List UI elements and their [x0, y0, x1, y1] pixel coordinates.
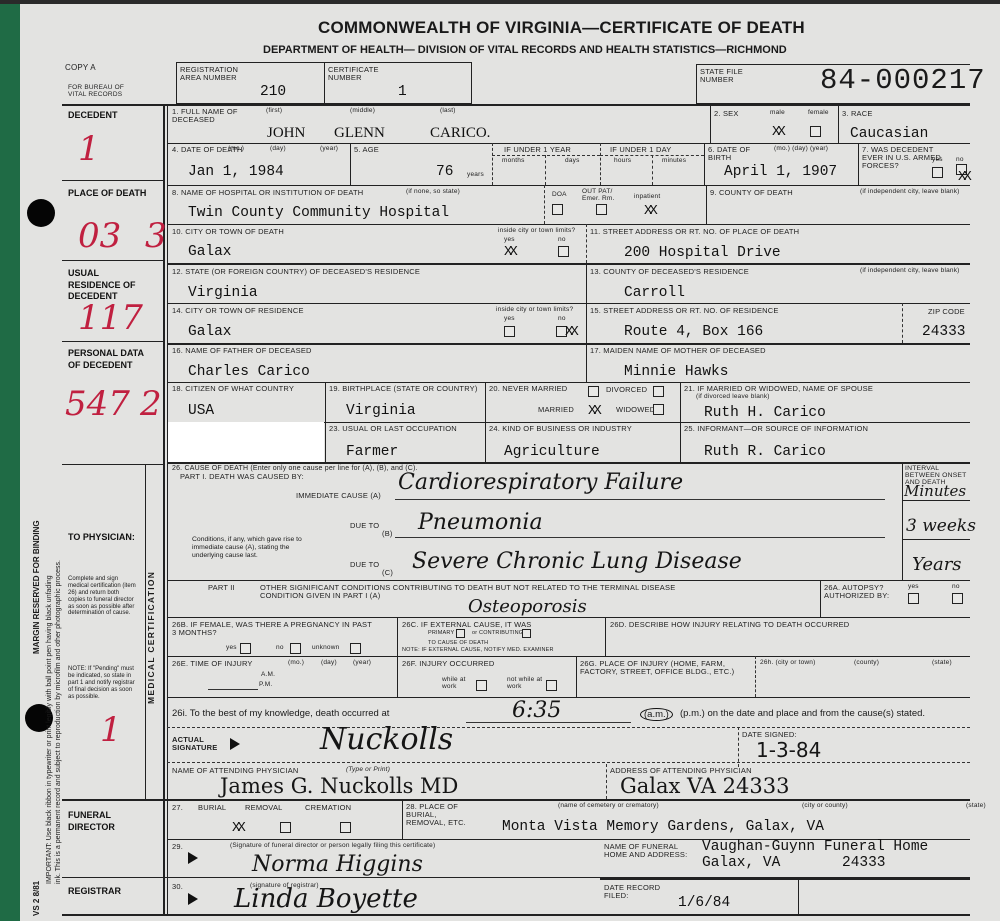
arrow-right-icon — [230, 738, 240, 750]
section-place-of-death: PLACE OF DEATH — [68, 188, 148, 200]
f26e-mo: (mo.) — [288, 660, 304, 667]
removal-label: REMOVAL — [245, 804, 283, 812]
f4-year: (year) — [320, 146, 338, 153]
rule — [62, 914, 970, 916]
b-marker: (B) — [382, 530, 393, 538]
date-of-birth: April 1, 1907 — [724, 164, 837, 180]
rule — [62, 104, 970, 106]
outpat-checkbox[interactable] — [596, 204, 607, 215]
state-file-label: STATE FILE NUMBER — [700, 68, 750, 84]
funeral-home-zip: 24333 — [842, 855, 886, 871]
f1-first-label: (first) — [266, 108, 282, 115]
margin-important-line2: ink. This is a permanent record and subj… — [54, 560, 64, 884]
rule — [167, 382, 970, 383]
attending-physician-name: James G. Nuckolls MD — [220, 774, 458, 798]
date-filed: 1/6/84 — [678, 895, 730, 911]
burial-place: Monta Vista Memory Gardens, Galax, VA — [502, 819, 824, 835]
f8-note: (if none, so state) — [406, 189, 460, 196]
place-of-death-street: 200 Hospital Drive — [624, 245, 781, 261]
date-filed-label: DATE RECORD FILED: — [604, 884, 664, 900]
residence-state: Virginia — [188, 285, 258, 301]
rule — [600, 878, 970, 880]
f25-label: 25. INFORMANT—OR SOURCE OF INFORMATION — [684, 425, 868, 433]
rule — [492, 155, 600, 156]
f7-no-label: no — [956, 157, 964, 164]
while-at-work-checkbox[interactable] — [476, 680, 487, 691]
race-value: Caucasian — [850, 126, 928, 142]
f26c-note: NOTE: IF EXTERNAL CAUSE, NOTIFY MED. EXA… — [402, 648, 554, 654]
rule — [62, 260, 163, 261]
rule — [402, 799, 403, 839]
f26b-label: 26b. IF FEMALE, WAS THERE A PREGNANCY IN… — [172, 621, 372, 637]
rule — [586, 343, 587, 382]
rule — [902, 500, 970, 501]
autopsy-no-label: no — [952, 584, 960, 591]
mother-maiden-name: Minnie Hawks — [624, 364, 728, 380]
f26e-label: 26e. TIME OF INJURY — [172, 660, 253, 668]
autopsy-yes-label: yes — [908, 584, 919, 591]
divorced-label: DIVORCED — [606, 386, 647, 394]
f26e-day: (day) — [321, 660, 337, 667]
page-title: COMMONWEALTH OF VIRGINIA—CERTIFICATE OF … — [318, 18, 805, 38]
coding-mark-residence: 117 — [78, 298, 143, 338]
rule — [167, 697, 970, 698]
date-of-death: Jan 1, 1984 — [188, 164, 284, 180]
under-year-label: IF UNDER 1 YEAR — [504, 146, 571, 154]
f26h-state: (state) — [932, 660, 952, 667]
f2-label: 2. SEX — [714, 110, 739, 118]
contributing-label: or CONTRIBUTING — [472, 631, 523, 637]
rule — [902, 462, 903, 580]
certificate-number-label: CERTIFICATE NUMBER — [328, 66, 388, 82]
f2-male-label: male — [770, 110, 785, 117]
rule — [798, 878, 799, 914]
am-circled: (a.m.) — [640, 708, 673, 721]
interval-a: Minutes — [904, 482, 966, 500]
due-to-b-label: DUE TO — [350, 522, 379, 530]
f30-label: 30. — [172, 883, 183, 891]
months-label: months — [502, 158, 525, 165]
cause-c: Severe Chronic Lung Disease — [412, 549, 742, 574]
part2-label: PART II — [208, 584, 235, 592]
rule — [167, 303, 970, 304]
f10-label: 10. CITY OR TOWN OF DEATH — [172, 228, 284, 236]
section-to-physician: TO PHYSICIAN: — [68, 532, 135, 544]
rule — [492, 143, 493, 185]
doa-checkbox[interactable] — [552, 204, 563, 215]
occupation: Farmer — [346, 444, 398, 460]
f10-yes-label: yes — [504, 237, 515, 244]
coding-mark-medical: 1 — [100, 710, 122, 750]
f11-label: 11. STREET ADDRESS OR RT. NO. OF PLACE O… — [590, 228, 799, 236]
spouse-name: Ruth H. Carico — [704, 405, 826, 421]
autopsy-yes-checkbox[interactable] — [908, 593, 919, 604]
inpatient-label: inpatient — [634, 194, 660, 201]
autopsy-no-checkbox[interactable] — [952, 593, 963, 604]
burial-checkbox[interactable]: XX — [232, 820, 243, 836]
divorced-checkbox[interactable] — [653, 386, 664, 397]
section-medical-certification: MEDICAL CERTIFICATION — [146, 571, 156, 704]
f14-yes-label: yes — [504, 316, 515, 323]
rule — [167, 104, 168, 914]
rule — [605, 617, 606, 657]
f1-middle-label: (middle) — [350, 108, 375, 115]
father-name: Charles Carico — [188, 364, 310, 380]
due-to-c-label: DUE TO — [350, 561, 379, 569]
f16-label: 16. NAME OF FATHER OF DECEASED — [172, 347, 312, 355]
to-cause-label: TO CAUSE OF DEATH — [428, 641, 488, 647]
primary-label: PRIMARY — [428, 631, 454, 637]
f20-label: 20. NEVER MARRIED — [489, 385, 567, 393]
f6-label: 6. DATE OF BIRTH — [708, 146, 756, 162]
rule — [167, 143, 970, 144]
residence-city: Galax — [188, 324, 232, 340]
rule — [902, 303, 903, 343]
age-value: 76 — [436, 164, 453, 180]
funeral-home-label: NAME OF FUNERAL HOME AND ADDRESS: — [604, 843, 689, 859]
rule — [62, 180, 163, 181]
f26f-label: 26f. INJURY OCCURRED — [402, 660, 495, 668]
city-county-label: (city or county) — [802, 803, 848, 810]
residence-street: Route 4, Box 166 — [624, 324, 763, 340]
decedent-middle-name: GLENN — [334, 125, 385, 142]
sex-male-checkbox[interactable]: XX — [772, 124, 783, 140]
f26c-label: 26c. IF EXTERNAL CAUSE, IT WAS — [402, 621, 532, 629]
married-label: MARRIED — [538, 406, 574, 414]
interval-b: 3 weeks — [906, 516, 976, 536]
coding-mark-decedent: 1 — [78, 129, 100, 169]
f1-last-label: (last) — [440, 108, 456, 115]
f26-part1: PART I. DEATH WAS CAUSED BY: — [180, 473, 304, 481]
informant: Ruth R. Carico — [704, 444, 826, 460]
state-file-number: 84-000217 — [820, 64, 986, 97]
f26e-year: (year) — [353, 660, 371, 667]
immediate-cause: Cardiorespiratory Failure — [398, 470, 683, 495]
immediate-cause-label: IMMEDIATE CAUSE (A) — [296, 492, 381, 500]
f13-label: 13. COUNTY OF DECEASED'S RESIDENCE — [590, 268, 749, 276]
arrow-right-icon — [188, 893, 198, 905]
coding-mark-personal-b: 2 — [140, 384, 162, 424]
f15-label: 15. STREET ADDRESS OR RT. NO. OF RESIDEN… — [590, 307, 779, 315]
armed-forces-no-mark: XX — [958, 169, 969, 185]
section-funeral-director: FUNERAL DIRECTOR — [68, 810, 148, 833]
registrar-signature: Linda Boyette — [234, 884, 418, 914]
inpatient-checkbox[interactable]: XX — [644, 203, 655, 219]
rule — [350, 143, 351, 185]
rule — [586, 224, 587, 263]
redacted-field — [168, 422, 324, 462]
copy-for: FOR BUREAU OF VITAL RECORDS — [68, 85, 138, 99]
removal-checkbox[interactable] — [280, 822, 291, 833]
cemetery-label: (name of cemetery or crematory) — [558, 803, 659, 810]
physician-address: Galax VA 24333 — [620, 774, 789, 798]
rule — [600, 143, 601, 185]
business-industry: Agriculture — [504, 444, 600, 460]
birthplace: Virginia — [346, 403, 416, 419]
f26d-label: 26d. DESCRIBE HOW INJURY RELATING TO DEA… — [610, 621, 849, 629]
date-signed: 1-3-84 — [756, 738, 821, 762]
rule — [167, 343, 970, 345]
physician-note-2: NOTE: If "Pending" must be indicated, so… — [68, 666, 138, 700]
armed-forces-yes-checkbox[interactable] — [932, 167, 943, 178]
f7-yes-label: yes — [932, 157, 943, 164]
f4-mo: (mo.) — [228, 146, 244, 153]
f27-label: 27. — [172, 804, 183, 812]
attending-physician-note: (Type or Print) — [346, 767, 390, 774]
f26b-unknown-label: unknown — [312, 645, 339, 652]
section-personal-data: PERSONAL DATA OF DECEDENT — [68, 348, 148, 371]
minutes-label: minutes — [662, 158, 686, 165]
f1-label: 1. FULL NAME OF DECEASED — [172, 108, 252, 124]
rule — [395, 537, 885, 538]
citizenship: USA — [188, 403, 214, 419]
zip-label: ZIP CODE — [928, 308, 965, 316]
f28-label: 28. PLACE OF BURIAL, REMOVAL, ETC. — [406, 803, 476, 827]
am-label: A.M. — [261, 672, 275, 679]
primary-checkbox[interactable] — [456, 629, 465, 638]
rule — [167, 185, 970, 186]
f19-label: 19. BIRTHPLACE (state or country) — [329, 385, 478, 393]
coding-mark-personal-a: 547 — [65, 384, 130, 424]
death-inside-limits-yes-checkbox[interactable]: XX — [504, 244, 515, 260]
outpat-label: OUT PAT/ Emer. Rm. — [582, 189, 618, 203]
age-unit: years — [467, 172, 484, 179]
rule — [652, 155, 653, 185]
pregnancy-yes-checkbox[interactable] — [240, 643, 251, 654]
pm-label: P.M. — [259, 682, 272, 689]
not-while-at-work-label: not while at work — [507, 677, 547, 691]
physician-note-1: Complete and sign medical certification … — [68, 576, 138, 617]
divider — [324, 62, 325, 104]
f26h-label: 26h. (city or town) — [760, 660, 815, 667]
city-of-death: Galax — [188, 244, 232, 260]
f26b-no-label: no — [276, 645, 284, 652]
cause-b: Pneumonia — [418, 510, 543, 535]
rule — [576, 656, 577, 697]
rule — [710, 104, 711, 143]
under-day-label: IF UNDER 1 DAY — [610, 146, 671, 154]
funeral-home-city: Galax, VA — [702, 855, 780, 871]
f5-label: 5. AGE — [354, 146, 379, 154]
cremation-label: CREMATION — [305, 804, 351, 812]
f6-sub: (mo.) (day) (year) — [774, 146, 828, 153]
days-label: days — [565, 158, 580, 165]
rule — [545, 155, 546, 185]
f26h-county: (county) — [854, 660, 879, 667]
f21-label: 21. IF MARRIED OR WIDOWED, NAME OF SPOUS… — [684, 385, 873, 393]
rule — [704, 143, 705, 185]
rule — [62, 341, 163, 342]
never-married-checkbox[interactable] — [588, 386, 599, 397]
residence-county: Carroll — [624, 285, 685, 301]
f14-no-label: no — [558, 316, 566, 323]
conditions-note: Conditions, if any, which gave rise to i… — [192, 536, 322, 560]
f4-day: (day) — [270, 146, 286, 153]
c-marker: (C) — [382, 569, 393, 577]
f9-note: (if independent city, leave blank) — [860, 189, 960, 196]
residence-inside-limits-yes-checkbox[interactable] — [504, 326, 515, 337]
rule — [167, 263, 970, 265]
f18-label: 18. CITIZEN OF WHAT COUNTRY — [172, 385, 294, 393]
rule — [167, 580, 970, 581]
f26g-label: 26g. PLACE OF INJURY (home, farm, factor… — [580, 660, 750, 676]
pregnancy-unknown-checkbox[interactable] — [350, 643, 361, 654]
widowed-checkbox[interactable] — [653, 404, 664, 415]
f12-label: 12. STATE (OR FOREIGN COUNTRY) OF DECEAS… — [172, 268, 420, 276]
sex-female-checkbox[interactable] — [810, 126, 821, 137]
margin-binding-text: MARGIN RESERVED FOR BINDING — [32, 520, 41, 654]
married-checkbox[interactable]: XX — [588, 403, 599, 419]
interval-c: Years — [912, 554, 962, 575]
f21-note: (if divorced leave blank) — [696, 394, 770, 401]
rule — [902, 539, 970, 540]
rule — [167, 617, 970, 618]
signature-label: ACTUAL SIGNATURE — [172, 736, 222, 752]
rule — [167, 224, 970, 225]
death-inside-limits-no-checkbox[interactable] — [558, 246, 569, 257]
physician-signature: Nuckolls — [320, 722, 453, 757]
rule — [755, 656, 756, 697]
rule — [167, 762, 970, 763]
rule — [738, 727, 739, 767]
f14-label: 14. CITY OR TOWN OF RESIDENCE — [172, 307, 304, 315]
pregnancy-no-checkbox[interactable] — [290, 643, 301, 654]
f29-label: 29. — [172, 843, 183, 851]
hours-label: hours — [614, 158, 631, 165]
registration-area-label: REGISTRATION AREA NUMBER — [180, 66, 250, 82]
coding-mark-place-a: 03 — [78, 216, 121, 256]
rule — [208, 689, 258, 690]
rule — [820, 580, 821, 617]
f13-note: (if independent city, leave blank) — [860, 268, 960, 275]
f3-label: 3. RACE — [842, 110, 873, 118]
section-registrar: REGISTRAR — [68, 886, 121, 898]
rule — [62, 464, 163, 465]
f29-note: (Signature of funeral director or person… — [230, 843, 435, 850]
rule — [167, 656, 970, 657]
not-while-at-work-checkbox[interactable] — [546, 680, 557, 691]
rule — [606, 764, 607, 799]
burial-state-label: (state) — [966, 803, 986, 810]
f9-label: 9. COUNTY OF DEATH — [710, 189, 793, 197]
copy-label: COPY A — [65, 64, 96, 72]
section-decedent: DECEDENT — [68, 110, 118, 122]
f10-limits-label: inside city or town limits? — [498, 228, 575, 235]
death-certificate-form: MARGIN RESERVED FOR BINDING IMPORTANT: U… — [20, 4, 1000, 921]
widowed-label: WIDOWED — [616, 406, 655, 414]
f2-female-label: female — [808, 110, 829, 117]
funeral-director-signature: Norma Higgins — [252, 852, 423, 877]
f24-label: 24. KIND OF BUSINESS OR INDUSTRY — [489, 425, 632, 433]
pm-text: (p.m.) on the date and place and from th… — [680, 708, 925, 719]
rule — [395, 499, 885, 500]
hospital-name: Twin County Community Hospital — [188, 205, 449, 221]
f26i-label: 26i. To the best of my knowledge, death … — [172, 708, 389, 719]
rule — [167, 727, 970, 728]
autopsy-label: 26a. AUTOPSY? AUTHORIZED BY: — [824, 584, 894, 600]
f10-no-label: no — [558, 237, 566, 244]
burial-label: BURIAL — [198, 804, 226, 812]
certificate-number: 1 — [398, 84, 407, 100]
rule — [62, 799, 970, 801]
binding-hole — [27, 199, 55, 227]
doa-label: DOA — [552, 192, 567, 199]
contributing-checkbox[interactable] — [522, 629, 531, 638]
f8-label: 8. NAME OF HOSPITAL OR INSTITUTION OF DE… — [172, 189, 363, 197]
page-subtitle: DEPARTMENT OF HEALTH— DIVISION OF VITAL … — [263, 44, 787, 56]
rule — [858, 143, 859, 185]
registration-area-number: 210 — [260, 84, 286, 100]
coding-mark-place-b: 3 — [145, 216, 167, 256]
rule — [167, 462, 970, 464]
f23-label: 23. USUAL OR LAST OCCUPATION — [329, 425, 457, 433]
decedent-first-name: JOHN — [267, 125, 305, 142]
f14-limits-label: inside city or town limits? — [496, 307, 573, 314]
funeral-home-name: Vaughan-Guynn Funeral Home — [702, 839, 928, 855]
rule — [838, 104, 839, 143]
while-at-work-label: while at work — [442, 677, 472, 691]
residence-inside-limits-no-mark: XX — [565, 324, 576, 340]
time-of-death: 6:35 — [512, 698, 561, 723]
rule — [706, 185, 707, 224]
cremation-checkbox[interactable] — [340, 822, 351, 833]
residence-zip: 24333 — [922, 324, 966, 340]
form-id: VS 2 8/81 — [32, 881, 41, 916]
other-conditions: Osteoporosis — [468, 596, 587, 617]
rule — [397, 617, 398, 697]
f26b-yes-label: yes — [226, 645, 237, 652]
arrow-right-icon — [188, 852, 198, 864]
f17-label: 17. MAIDEN NAME OF MOTHER OF DECEASED — [590, 347, 766, 355]
decedent-last-name: CARICO. — [430, 125, 490, 142]
rule — [544, 185, 545, 224]
